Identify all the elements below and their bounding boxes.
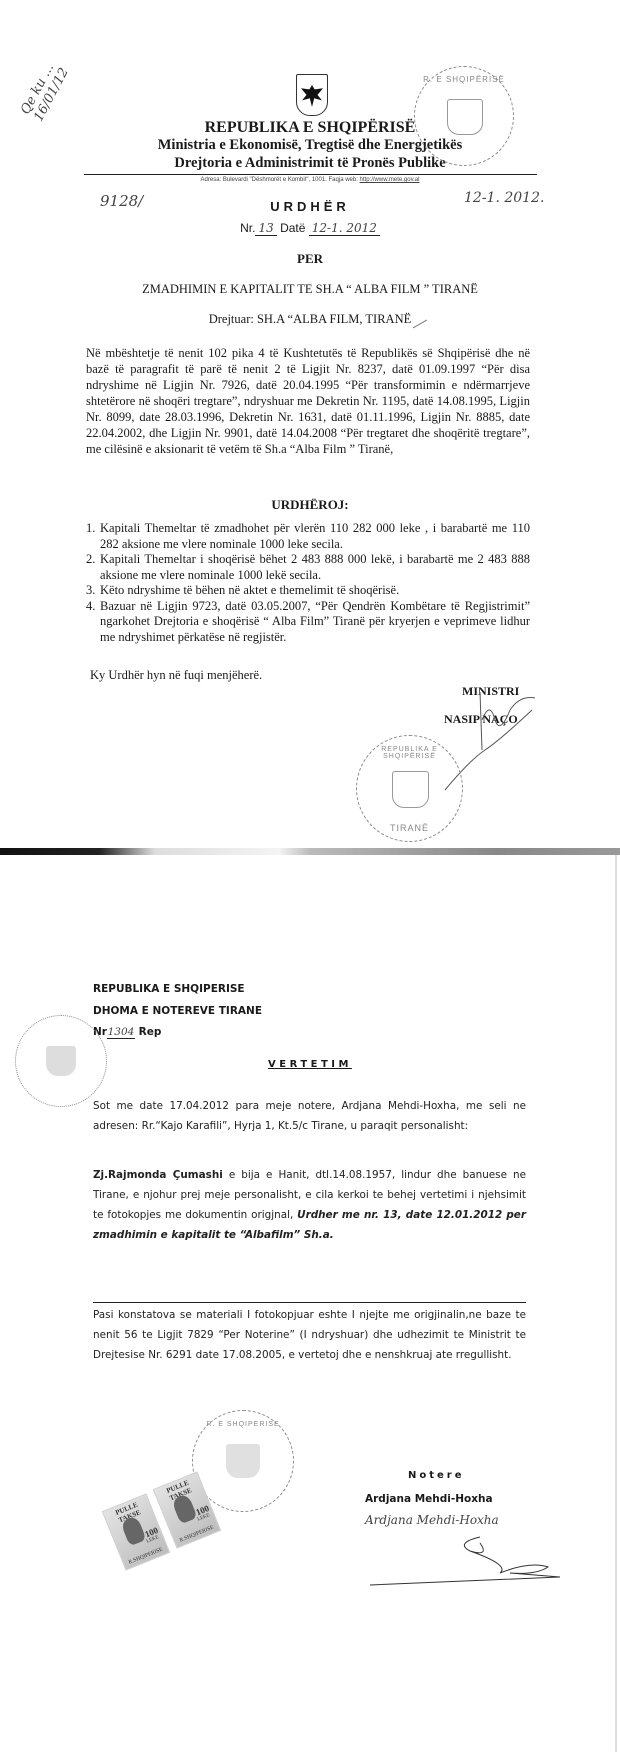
addressed-to: Drejtuar: SH.A “ALBA FILM, TIRANË	[0, 312, 620, 327]
header-divider	[84, 174, 537, 175]
order-subject: ZMADHIMIN E KAPITALIT TE SH.A “ ALBA FIL…	[0, 282, 620, 297]
document-title: URDHËR	[0, 199, 620, 214]
order-item: 1.Kapitali Themeltar të zmadhohet për vl…	[86, 521, 530, 552]
order-number: 13	[255, 221, 276, 236]
notary-name: Ardjana Mehdi-Hoxha	[365, 1493, 493, 1505]
per-heading: PER	[0, 251, 620, 267]
preamble-paragraph: Në mbështetje të nenit 102 pika 4 të Kus…	[86, 345, 530, 457]
certificate-paragraph-2: Zj.Rajmonda Çumashi e bija e Hanit, dtl.…	[93, 1165, 526, 1245]
header-republic: REPUBLIKA E SHQIPËRISË	[0, 119, 620, 137]
order-item: 3.Këto ndryshime të bëhen në aktet e the…	[86, 583, 530, 599]
closing-statement: Ky Urdhër hyn në fuqi menjëherë.	[90, 668, 262, 683]
notary-register-number: Nr1304 Rep	[93, 1026, 161, 1039]
notary-title: Notere	[408, 1470, 465, 1481]
orders-heading: URDHËROJ:	[0, 497, 620, 513]
notary-signature-icon	[360, 1535, 600, 1595]
order-number-line: Nr.13 Datë 12-1. 2012	[0, 221, 620, 236]
notary-header-republic: REPUBLIKA E SHQIPERISE	[93, 983, 245, 995]
header-directorate: Drejtoria e Administrimit të Pronës Publ…	[0, 155, 620, 172]
order-date: 12-1. 2012	[309, 221, 380, 236]
ministry-website-link[interactable]: http://www.mete.gov.al	[360, 177, 420, 183]
certificate-title: VERTETIM	[0, 1059, 620, 1070]
notary-header-chamber: DHOMA E NOTEREVE TIRANE	[93, 1005, 262, 1017]
notary-handwritten-name: Ardjana Mehdi-Hoxha	[365, 1513, 499, 1527]
header-ministry: Ministria e Ekonomisë, Tregtisë dhe Ener…	[0, 137, 620, 154]
order-item: 2.Kapitali Themeltar i shoqërisë bëhet 2…	[86, 552, 530, 583]
albanian-eagle-emblem-icon	[296, 74, 328, 116]
scan-edge	[615, 855, 617, 1752]
ministry-stamp-icon: R. E SHQIPËRISË	[414, 66, 514, 166]
certificate-paragraph-1: Sot me date 17.04.2012 para meje notere,…	[93, 1096, 526, 1136]
ministry-seal-icon: REPUBLIKA E SHQIPËRISË TIRANË	[356, 735, 463, 842]
certificate-paragraph-3: Pasi konstatova se materiali I fotokopju…	[93, 1305, 526, 1365]
applicant-name: Zj.Rajmonda Çumashi	[93, 1169, 223, 1181]
orders-list: 1.Kapitali Themeltar të zmadhohet për vl…	[86, 521, 530, 645]
header-address: Adresa: Bulevardi "Dëshmorët e Kombit", …	[0, 177, 620, 183]
section-divider	[93, 1302, 526, 1303]
order-item: 4.Bazuar në Ligjin 9723, datë 03.05.2007…	[86, 599, 530, 646]
page-divider	[0, 848, 620, 855]
